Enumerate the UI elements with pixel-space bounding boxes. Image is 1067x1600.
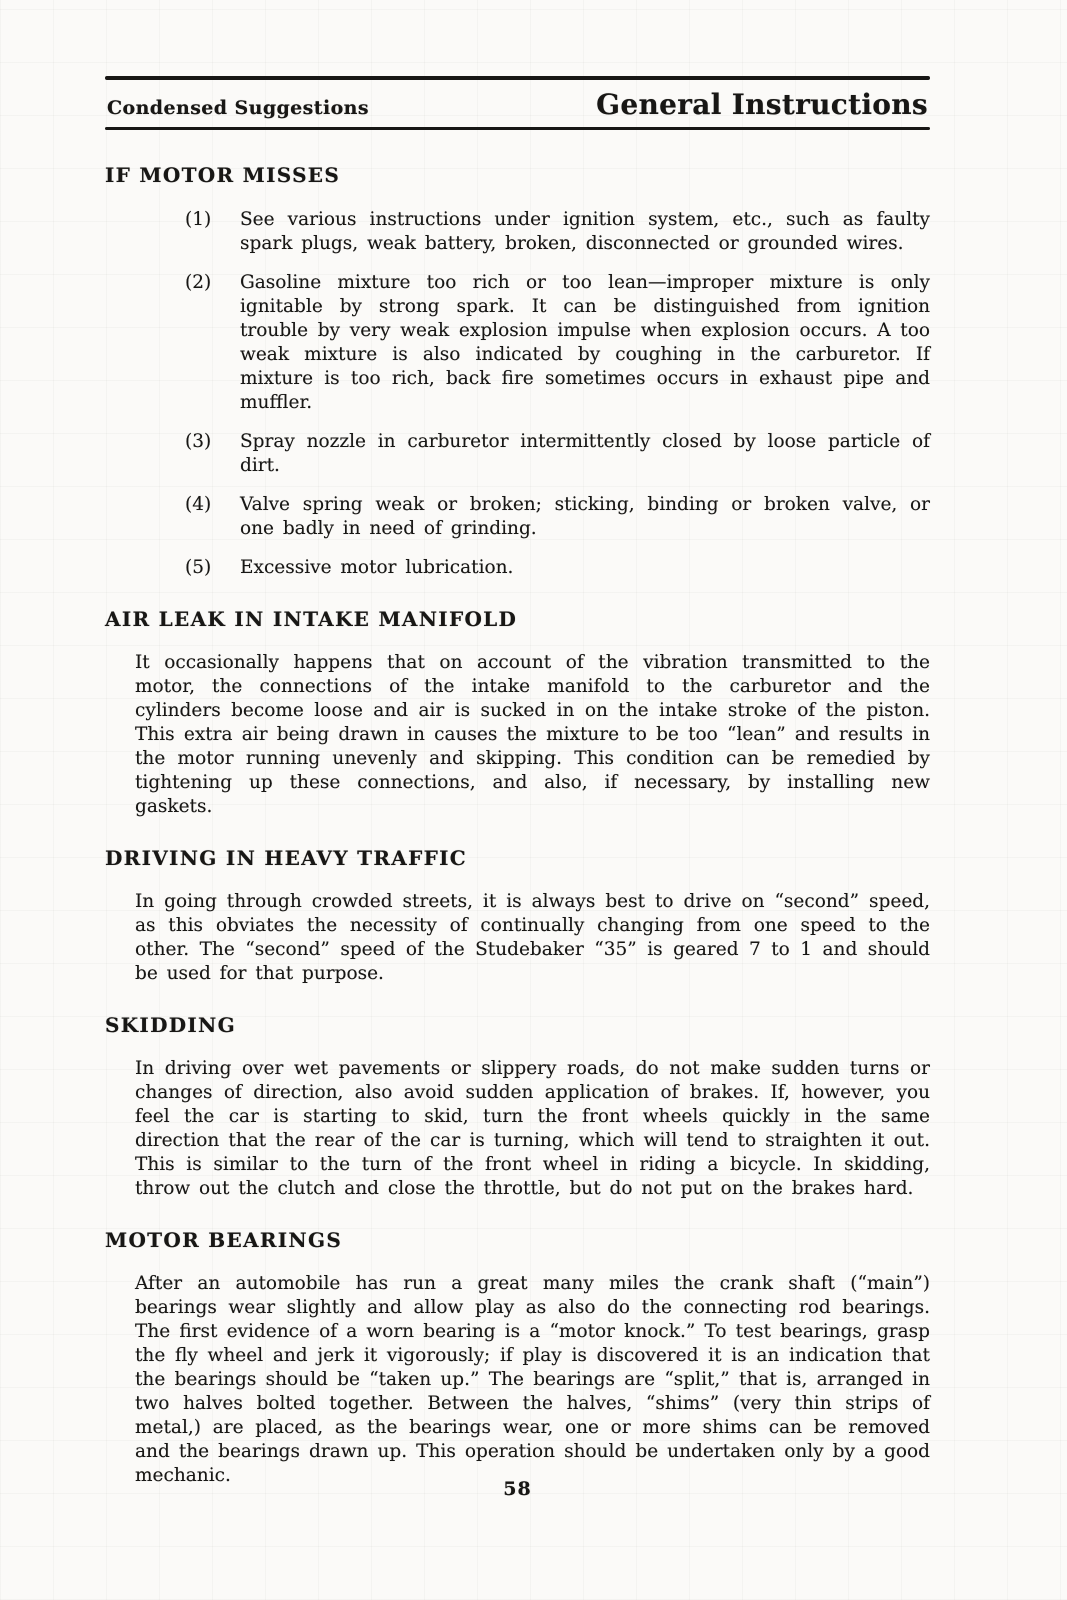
section-title: SKIDDING: [105, 1013, 930, 1037]
section-title: AIR LEAK IN INTAKE MANIFOLD: [105, 607, 930, 631]
list-item-number: (3): [185, 430, 240, 478]
list-item-text: See various instructions under ignition …: [240, 208, 930, 256]
list-item: (4) Valve spring weak or broken; stickin…: [105, 493, 930, 541]
list-item: (3) Spray nozzle in carburetor intermitt…: [105, 430, 930, 478]
section-paragraph: In going through crowded streets, it is …: [135, 890, 930, 986]
manual-page: Condensed Suggestions General Instructio…: [0, 0, 1067, 1600]
section-title: DRIVING IN HEAVY TRAFFIC: [105, 846, 930, 870]
header-rule-bottom: [105, 127, 930, 130]
section-air-leak-in-intake-manifold: AIR LEAK IN INTAKE MANIFOLD It occasiona…: [105, 607, 930, 819]
running-head-left: Condensed Suggestions: [107, 97, 369, 119]
list-item-text: Valve spring weak or broken; sticking, b…: [240, 493, 930, 541]
running-head: Condensed Suggestions General Instructio…: [105, 80, 930, 127]
list-item-text: Spray nozzle in carburetor intermittentl…: [240, 430, 930, 478]
running-head-right: General Instructions: [596, 88, 928, 121]
section-skidding: SKIDDING In driving over wet pavements o…: [105, 1013, 930, 1201]
page-number: 58: [105, 1478, 930, 1500]
list-item-number: (5): [185, 556, 240, 580]
list-item: (2) Gasoline mixture too rich or too lea…: [105, 271, 930, 415]
section-if-motor-misses: IF MOTOR MISSES (1) See various instruct…: [105, 163, 930, 580]
list-item-text: Gasoline mixture too rich or too lean—im…: [240, 271, 930, 415]
section-title: IF MOTOR MISSES: [105, 163, 930, 187]
text-column: Condensed Suggestions General Instructio…: [0, 0, 1067, 1488]
section-motor-bearings: MOTOR BEARINGS After an automobile has r…: [105, 1228, 930, 1488]
section-paragraph: In driving over wet pavements or slipper…: [135, 1057, 930, 1201]
section-driving-in-heavy-traffic: DRIVING IN HEAVY TRAFFIC In going throug…: [105, 846, 930, 986]
section-paragraph: It occasionally happens that on account …: [135, 651, 930, 819]
list-item-number: (4): [185, 493, 240, 541]
numbered-list: (1) See various instructions under ignit…: [105, 208, 930, 580]
list-item-text: Excessive motor lubrication.: [240, 556, 930, 580]
list-item: (5) Excessive motor lubrication.: [105, 556, 930, 580]
section-title: MOTOR BEARINGS: [105, 1228, 930, 1252]
section-paragraph: After an automobile has run a great many…: [135, 1272, 930, 1488]
list-item-number: (1): [185, 208, 240, 256]
list-item: (1) See various instructions under ignit…: [105, 208, 930, 256]
list-item-number: (2): [185, 271, 240, 415]
